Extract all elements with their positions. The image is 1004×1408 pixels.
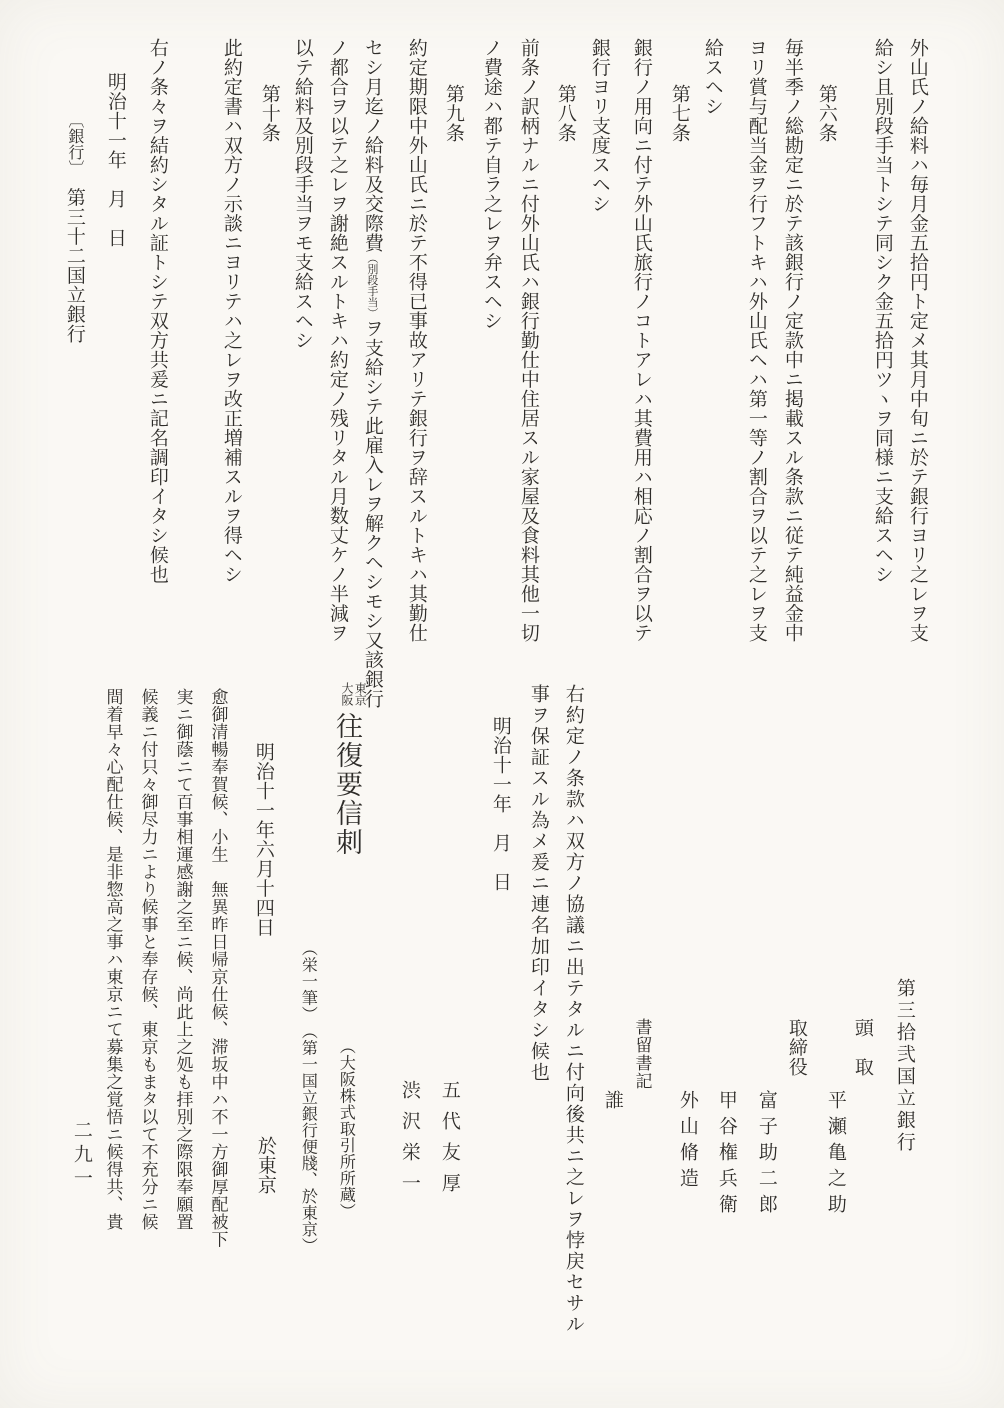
article-heading-6: 第六条	[815, 84, 837, 143]
article-heading-8: 第八条	[554, 84, 576, 143]
article-heading-7: 第七条	[668, 84, 690, 143]
clerk-name: 誰	[601, 1090, 623, 1110]
guarantee-date-line: 明治十一年 月 日	[489, 716, 511, 892]
article-heading-10: 第十条	[258, 84, 280, 143]
article-text-line: 約定期限中外山氏ニ於テ不得已事故アリテ銀行ヲ辞スルトキハ其勤仕	[405, 38, 427, 643]
article-text-segment: ヲ支給シテ此雇入レヲ解クヘシモシ又該銀行	[362, 319, 383, 709]
bank-name-line: 〔銀行〕 第三十二国立銀行	[63, 112, 85, 344]
contract-date-line: 明治十一年 月 日	[104, 72, 126, 248]
article-text-line: 外山氏ノ給料ハ毎月金五拾円ト定メ其月中旬ニ於テ銀行ヨリ之レヲ支	[906, 38, 928, 643]
article-text-line: ノ費途ハ都テ自ラ之レヲ弁スヘシ	[480, 38, 502, 331]
letter-body-line: 候義ニ付只々御尽力ニより候事と奉存候、東京もまタ以て不充分ニ候	[138, 688, 158, 1231]
article-text-line: ヨリ賞与配当金ヲ行フトキハ外山氏ヘハ第一等ノ割合ヲ以テ之レヲ支	[745, 38, 767, 643]
letter-body-line: 愈御清暢奉賀候、小生 無異昨日帰京仕候、滞坂中ハ不一方御厚配被下	[208, 688, 228, 1248]
closing-statement-line: 右ノ条々ヲ結約シタル証トシテ双方共爰ニ記名調印イタシ候也	[146, 38, 168, 584]
guarantee-text-line: 右約定ノ条款ハ双方ノ協議ニ出テタルニ付向後共ニ之レヲ悖戻セサル	[562, 684, 584, 1335]
annotation-tokyo: 東京	[353, 682, 366, 706]
letter-place-line: 於東京	[254, 1136, 276, 1195]
guarantor-name: 渋沢栄一	[398, 1080, 420, 1204]
letter-body-line: 実ニ御蔭ニて百事相運感謝之至ニ候、尚此上之処も拝別之際限奉願置	[173, 688, 193, 1231]
article-text-line: 毎半季ノ総勘定ニ於テ該銀行ノ定款中ニ掲載スル条款ニ従テ純益金中	[781, 38, 803, 643]
article-text-line: 銀行ノ用向ニ付テ外山氏旅行ノコトアレハ其費用ハ相応ノ割合ヲ以テ	[630, 38, 652, 643]
bank-name: 第三十二国立銀行	[64, 168, 85, 344]
article-text-line: ノ都合ヲ以テ之レヲ謝絶スルトキハ約定ノ残リタル月数丈ケノ半減ヲ	[326, 38, 348, 643]
article-text-line: セシ月迄ノ給料及交際費（別段手当）ヲ支給シテ此雇入レヲ解クヘシモシ又該銀行	[361, 38, 383, 709]
director-name: 甲谷権兵衛	[715, 1090, 737, 1220]
president-name: 平瀬亀之助	[824, 1090, 846, 1220]
role-president: 頭 取	[851, 1018, 873, 1077]
article-text-line: 給シ且別段手当トシテ同シク金五拾円ツヽヲ同様ニ支給スヘシ	[871, 38, 893, 584]
role-registered-clerk: 書留書記	[632, 1018, 652, 1090]
guarantor-name: 五代友厚	[438, 1080, 460, 1204]
role-director: 取締役	[785, 1018, 807, 1077]
scanned-document-page: 外山氏ノ給料ハ毎月金五拾円ト定メ其月中旬ニ於テ銀行ヨリ之レヲ支 給シ且別段手当ト…	[0, 0, 1004, 1408]
article-text-line: 以テ給料及別段手当ヲモ支給スヘシ	[291, 38, 313, 350]
article-text-segment: セシ月迄ノ給料及交際費	[362, 38, 383, 253]
letter-date-line: 明治十一年六月十四日	[252, 742, 274, 937]
director-name: 富子助二郎	[755, 1090, 777, 1220]
letter-writer-note: （栄一筆） （第一国立銀行便牋、於東京）	[298, 940, 316, 1254]
bank-label: 〔銀行〕	[66, 112, 83, 168]
article-heading-9: 第九条	[442, 84, 464, 143]
letter-body-line: 間着早々心配仕候、是非惣高之事ハ東京ニて募集之覚悟ニ候得共、貴	[103, 688, 123, 1231]
letter-source-note: （大阪株式取引所所蔵）	[336, 1038, 354, 1220]
article-text-line: 前条ノ訳柄ナルニ付外山氏ハ銀行勤仕中住居スル家屋及食料其他一切	[517, 38, 539, 643]
article-text-line: 給スヘシ	[701, 38, 723, 116]
guarantee-text-line: 事ヲ保証スル為メ爰ニ連名加印イタシ候也	[527, 684, 549, 1083]
letter-title-annotation: 東京 大阪	[340, 682, 366, 706]
signature-bank-name: 第三拾弐国立銀行	[893, 978, 915, 1154]
letter-title: 往復要信刺	[332, 712, 362, 857]
annotation-osaka: 大阪	[340, 682, 353, 706]
inline-annotation: （別段手当）	[366, 253, 378, 319]
article-text-line: 銀行ヨリ支度スヘシ	[588, 38, 610, 214]
article-text-line: 此約定書ハ双方ノ示談ニヨリテハ之レヲ改正増補スルヲ得ヘシ	[220, 38, 242, 584]
director-name: 外山脩造	[676, 1090, 698, 1194]
letter-title-line: 東京 大阪 往復要信刺	[331, 682, 366, 857]
page-number: 二九一	[70, 1120, 92, 1192]
